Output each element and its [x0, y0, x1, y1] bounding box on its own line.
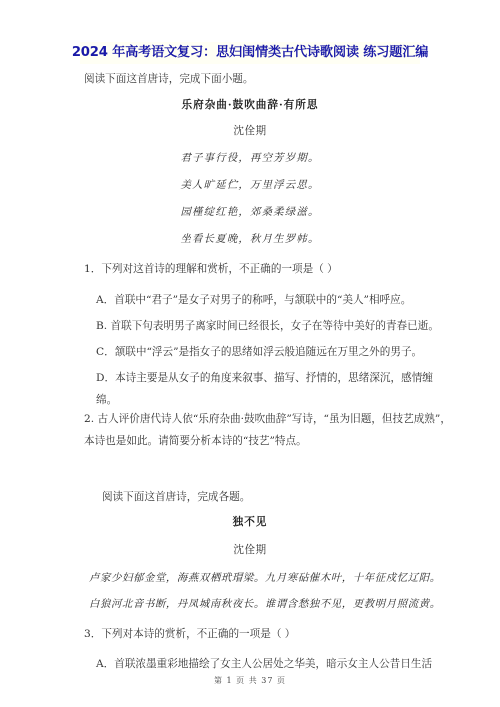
question2-line2: 本诗也是如此。请简要分析本诗的“技艺”特点。 [84, 436, 307, 447]
document-title-text: 2024 年高考语文复习：思妇闺情类古代诗歌阅读 练习题汇编 [72, 46, 428, 59]
question1-option-c: C．颔联中“浮云”是指女子的思绪如浮云般追随远在万里之外的男子。 [96, 347, 422, 358]
question3-option-a: A．首联浓墨重彩地描绘了女主人公居处之华美，暗示女主人公昔日生活 [96, 659, 432, 670]
question1-stem: 1．下列对这首诗的理解和赏析，不正确的一项是（ ） [84, 264, 338, 275]
poem1-title: 乐府杂曲·鼓吹曲辞·有所思 [0, 100, 500, 111]
question3-stem: 3．下列对本诗的赏析，不正确的一项是（ ） [84, 629, 295, 640]
poem1-line: 美人旷延伫，万里浮云思。 [0, 180, 500, 190]
question1-option-a: A．首联中“君子”是女子对男子的称呼，与颔联中的“美人”相呼应。 [96, 295, 411, 306]
question1-option-d: D．本诗主要是从女子的角度来叙事、描写、抒情的，思绪深沉，感情缠 [96, 373, 433, 384]
poem2-line: 白狼河北音书断，丹凤城南秋夜长。谁谓含愁独不见，更教明月照流黄。 [89, 599, 441, 609]
question2-line1: 2. 古人评价唐代诗人依“乐府杂曲·鼓吹曲辞”写诗，“虽为旧题，但技艺成熟”， [84, 414, 451, 425]
poem1-line: 坐看长夏晚，秋月生罗帏。 [0, 234, 500, 244]
page-footer: 第 1 页 共 37 页 [0, 677, 500, 685]
poem2-author: 沈佺期 [0, 545, 500, 556]
section2-instruction: 阅读下面这首唐诗，完成各题。 [102, 492, 250, 503]
poem1-author: 沈佺期 [0, 126, 500, 137]
question1-option-d-cont: 绵。 [96, 395, 117, 406]
document-page: 2024 年高考语文复习：思妇闺情类古代诗歌阅读 练习题汇编 阅读下面这首唐诗，… [0, 0, 500, 707]
document-title: 2024 年高考语文复习：思妇闺情类古代诗歌阅读 练习题汇编 [80, 42, 420, 64]
poem1-line: 君子事行役，再空芳岁期。 [0, 153, 500, 163]
poem2-line: 卢家少妇郁金堂，海燕双栖玳瑁梁。九月寒砧催木叶，十年征戍忆辽阳。 [89, 573, 441, 583]
poem1-line: 园槿绽红艳，郊桑柔绿滋。 [0, 207, 500, 217]
section1-instruction: 阅读下面这首唐诗，完成下面小题。 [84, 74, 254, 85]
question1-option-b: B. 首联下句表明男子离家时间已经很长，女子在等待中美好的青春已逝。 [96, 321, 439, 332]
poem2-title: 独不见 [0, 517, 500, 528]
